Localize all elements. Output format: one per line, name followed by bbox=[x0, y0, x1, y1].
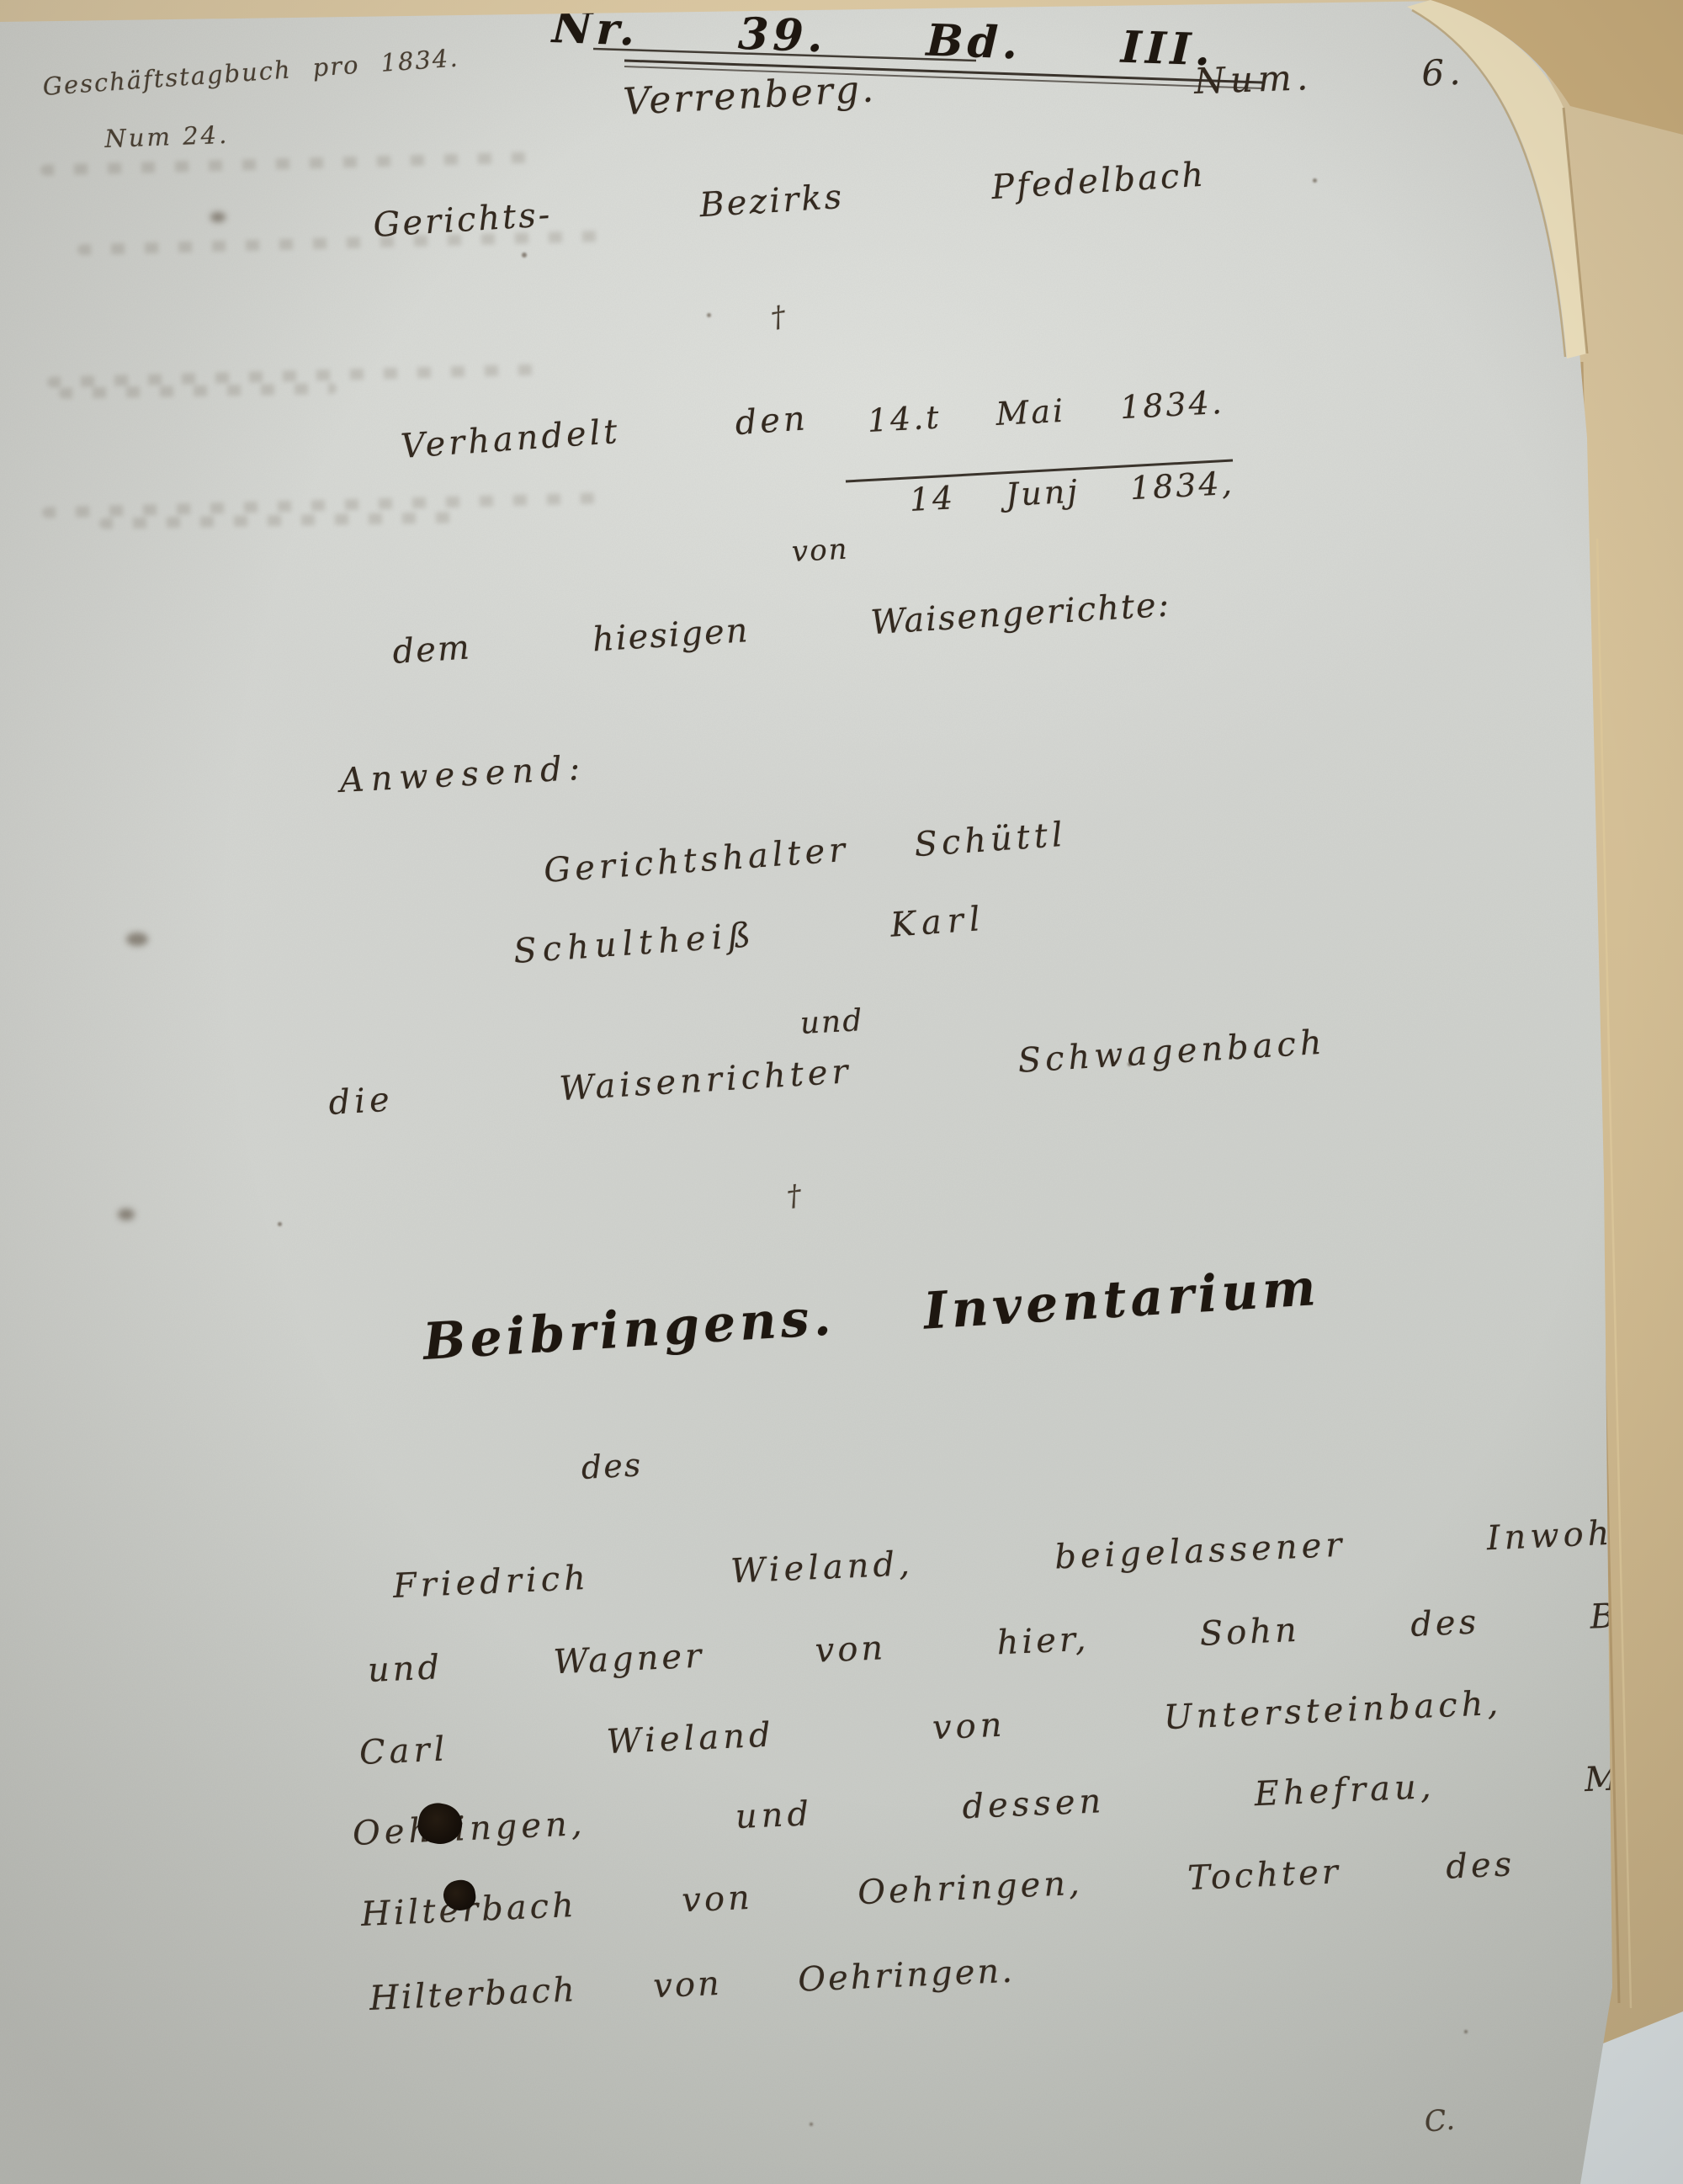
page-corner-fold bbox=[0, 0, 1683, 2184]
manuscript-photo: Geschäftstagbuch pro 1834. Num 24. Nr. 3… bbox=[0, 0, 1683, 2184]
